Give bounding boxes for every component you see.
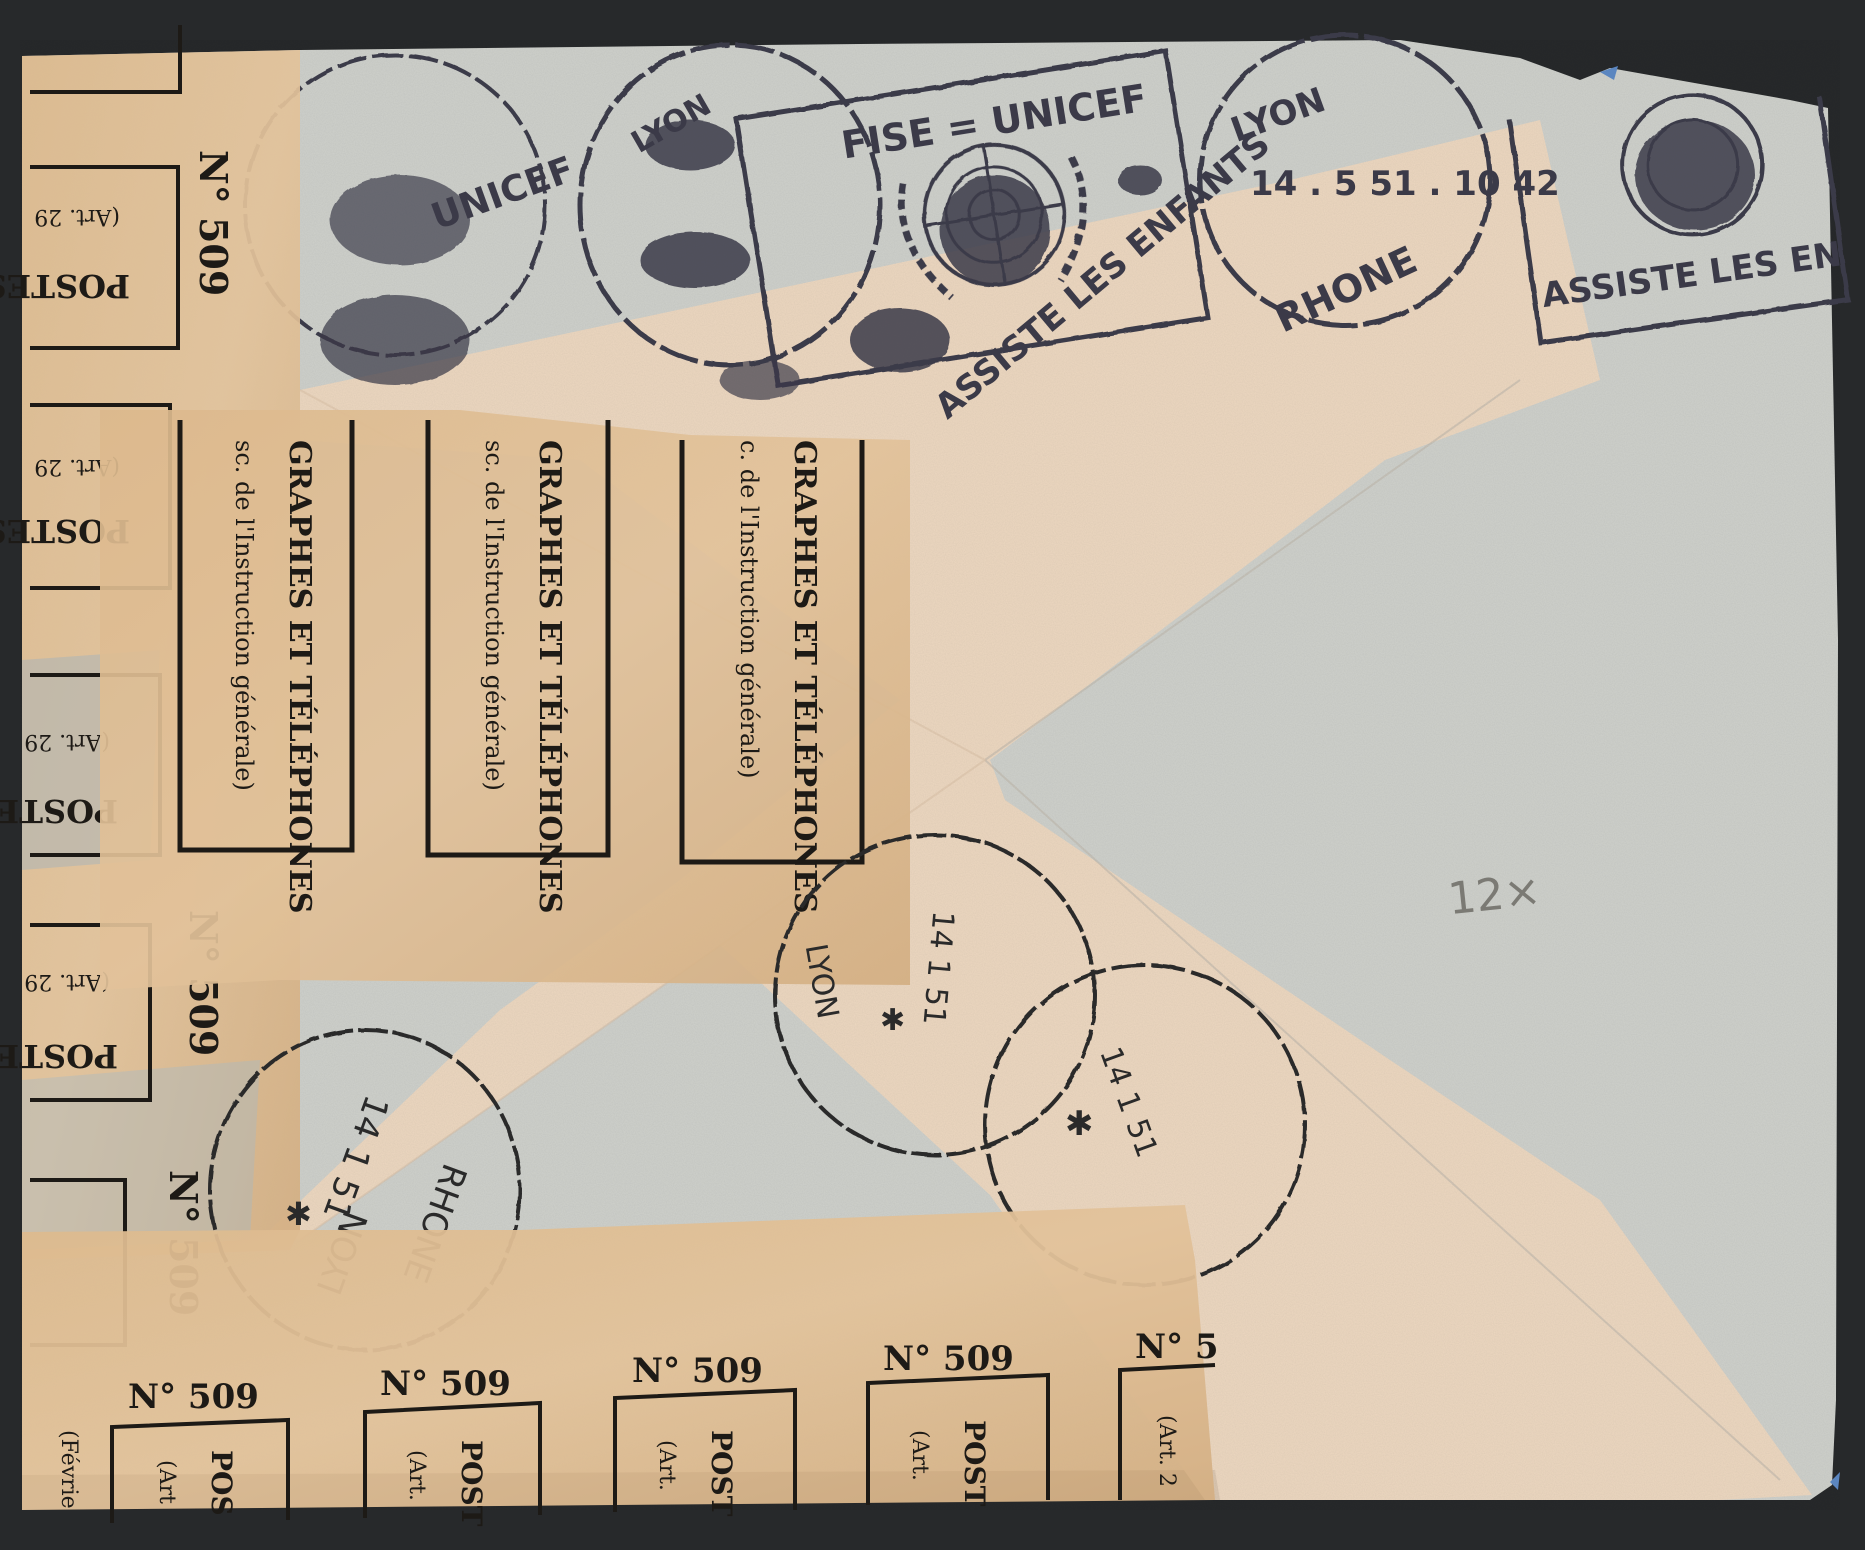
- bottom-label-number-1: N° 509: [128, 1377, 259, 1417]
- postmark-date: 14 . 5 51 . 10 42: [1250, 164, 1560, 204]
- bottom-label-article-5: (Art. 2: [1154, 1415, 1179, 1487]
- label-number-1: N° 509: [191, 150, 236, 296]
- bottom-side-text: (Févrie: [56, 1430, 81, 1509]
- bottom-label-number-5: N° 5: [1135, 1327, 1219, 1367]
- bottom-label-number-2: N° 509: [380, 1364, 511, 1404]
- bottom-label-postes-2: POST: [455, 1440, 488, 1527]
- label-postes-4: POSTES: [0, 1037, 118, 1075]
- label-article-4: (Art. 29: [24, 969, 110, 994]
- pencil-note: 12×: [1446, 865, 1544, 925]
- bottom-label-postes-3: POST: [705, 1430, 738, 1517]
- bottom-label-number-3: N° 509: [632, 1351, 763, 1391]
- bottom-label-number-4: N° 509: [883, 1339, 1014, 1379]
- bottom-label-article-1: (Art: [154, 1460, 179, 1504]
- star-mark: ✱: [880, 1003, 905, 1038]
- star-mark: ✱: [1065, 1104, 1094, 1144]
- middle-label-title-3: GRAPHES ET TÉLÉPHONES: [787, 440, 823, 913]
- label-article-1: (Art. 29: [34, 204, 120, 229]
- tape-middle: GRAPHES ET TÉLÉPHONES sc. de l'Instructi…: [100, 410, 910, 990]
- envelope-scan: FISE = UNICEF ASSISTE LES ENFANTS UNICEF…: [0, 0, 1865, 1550]
- tape-bottom-strip: N° 509 N° 509 N° 509 N° 509 N° 5 POS (Ar…: [22, 1205, 1219, 1527]
- bottom-label-postes-1: POS: [205, 1450, 238, 1516]
- middle-label-subtitle-1: sc. de l'Instruction générale): [230, 440, 258, 791]
- middle-label-subtitle-2: sc. de l'Instruction générale): [480, 440, 508, 791]
- middle-label-title-1: GRAPHES ET TÉLÉPHONES: [282, 440, 318, 913]
- label-article-3: (Art. 29: [24, 729, 110, 754]
- bottom-label-postes-4: POST: [958, 1420, 991, 1507]
- bottom-label-article-3: (Art.: [654, 1440, 679, 1491]
- bottom-label-article-2: (Art.: [404, 1450, 429, 1501]
- star-mark: ✱: [285, 1195, 312, 1233]
- middle-label-title-2: GRAPHES ET TÉLÉPHONES: [532, 440, 568, 913]
- middle-label-subtitle-3: c. de l'Instruction générale): [735, 440, 763, 779]
- bottom-label-article-4: (Art.: [907, 1430, 932, 1481]
- label-postes-1: POSTES: [0, 267, 130, 305]
